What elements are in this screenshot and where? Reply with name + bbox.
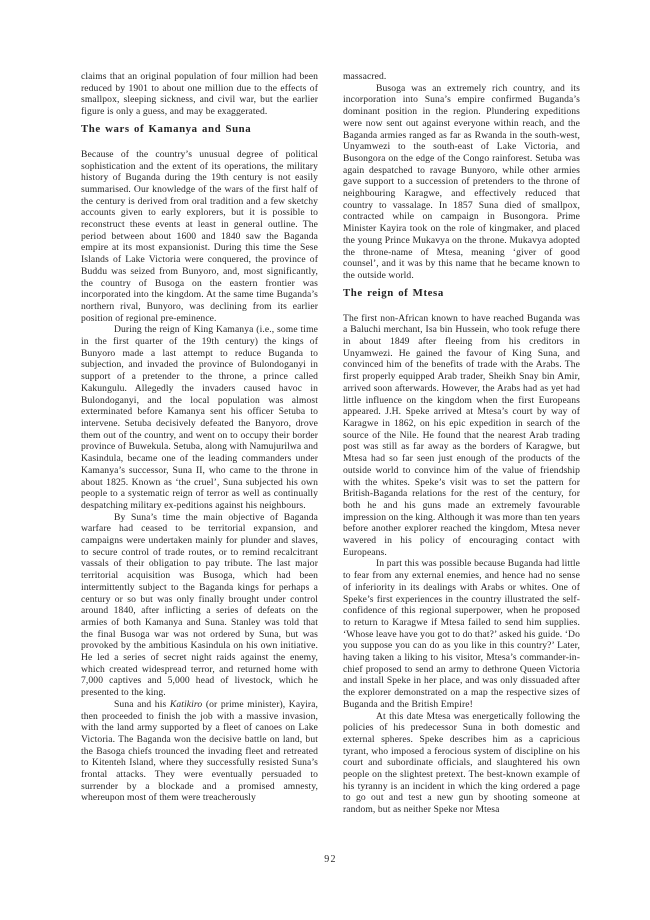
paragraph-wars-1: Because of the country’s unusual degree … — [81, 149, 318, 325]
paragraph-continuation-word: massacred. — [343, 71, 580, 83]
paragraph-wars-3: By Suna’s time the main objective of Bag… — [81, 512, 318, 699]
paragraph-busoga-rich-country: Busoga was an extremely rich country, an… — [343, 83, 580, 282]
section-heading-wars-of-kamanya-and-suna: The wars of Kamanya and Suna — [81, 123, 318, 136]
paragraph-mtesa-1: The first non-African known to have reac… — [343, 313, 580, 559]
paragraph-mtesa-2: In part this was possible because Bugand… — [343, 558, 580, 710]
paragraph-mtesa-3: At this date Mtesa was energetically fol… — [343, 711, 580, 816]
right-column: massacred. Busoga was an extremely rich … — [343, 71, 580, 816]
paragraph-wars-2: During the reign of King Kamanya (i.e., … — [81, 324, 318, 511]
paragraph-intro-continuation: claims that an original population of fo… — [81, 71, 318, 118]
paragraph-text-segment: (or prime minister), Kayira, then procee… — [81, 699, 318, 804]
left-column: claims that an original population of fo… — [81, 71, 318, 816]
page-number: 92 — [81, 854, 580, 865]
paragraph-wars-4: Suna and his Katikiro (or prime minister… — [81, 699, 318, 804]
book-page: claims that an original population of fo… — [0, 0, 650, 920]
italic-term-katikiro: Katikiro — [170, 699, 202, 710]
two-column-text-area: claims that an original population of fo… — [81, 71, 580, 816]
paragraph-text-segment: Suna and his — [114, 699, 170, 710]
section-heading-reign-of-mtesa: The reign of Mtesa — [343, 287, 580, 300]
